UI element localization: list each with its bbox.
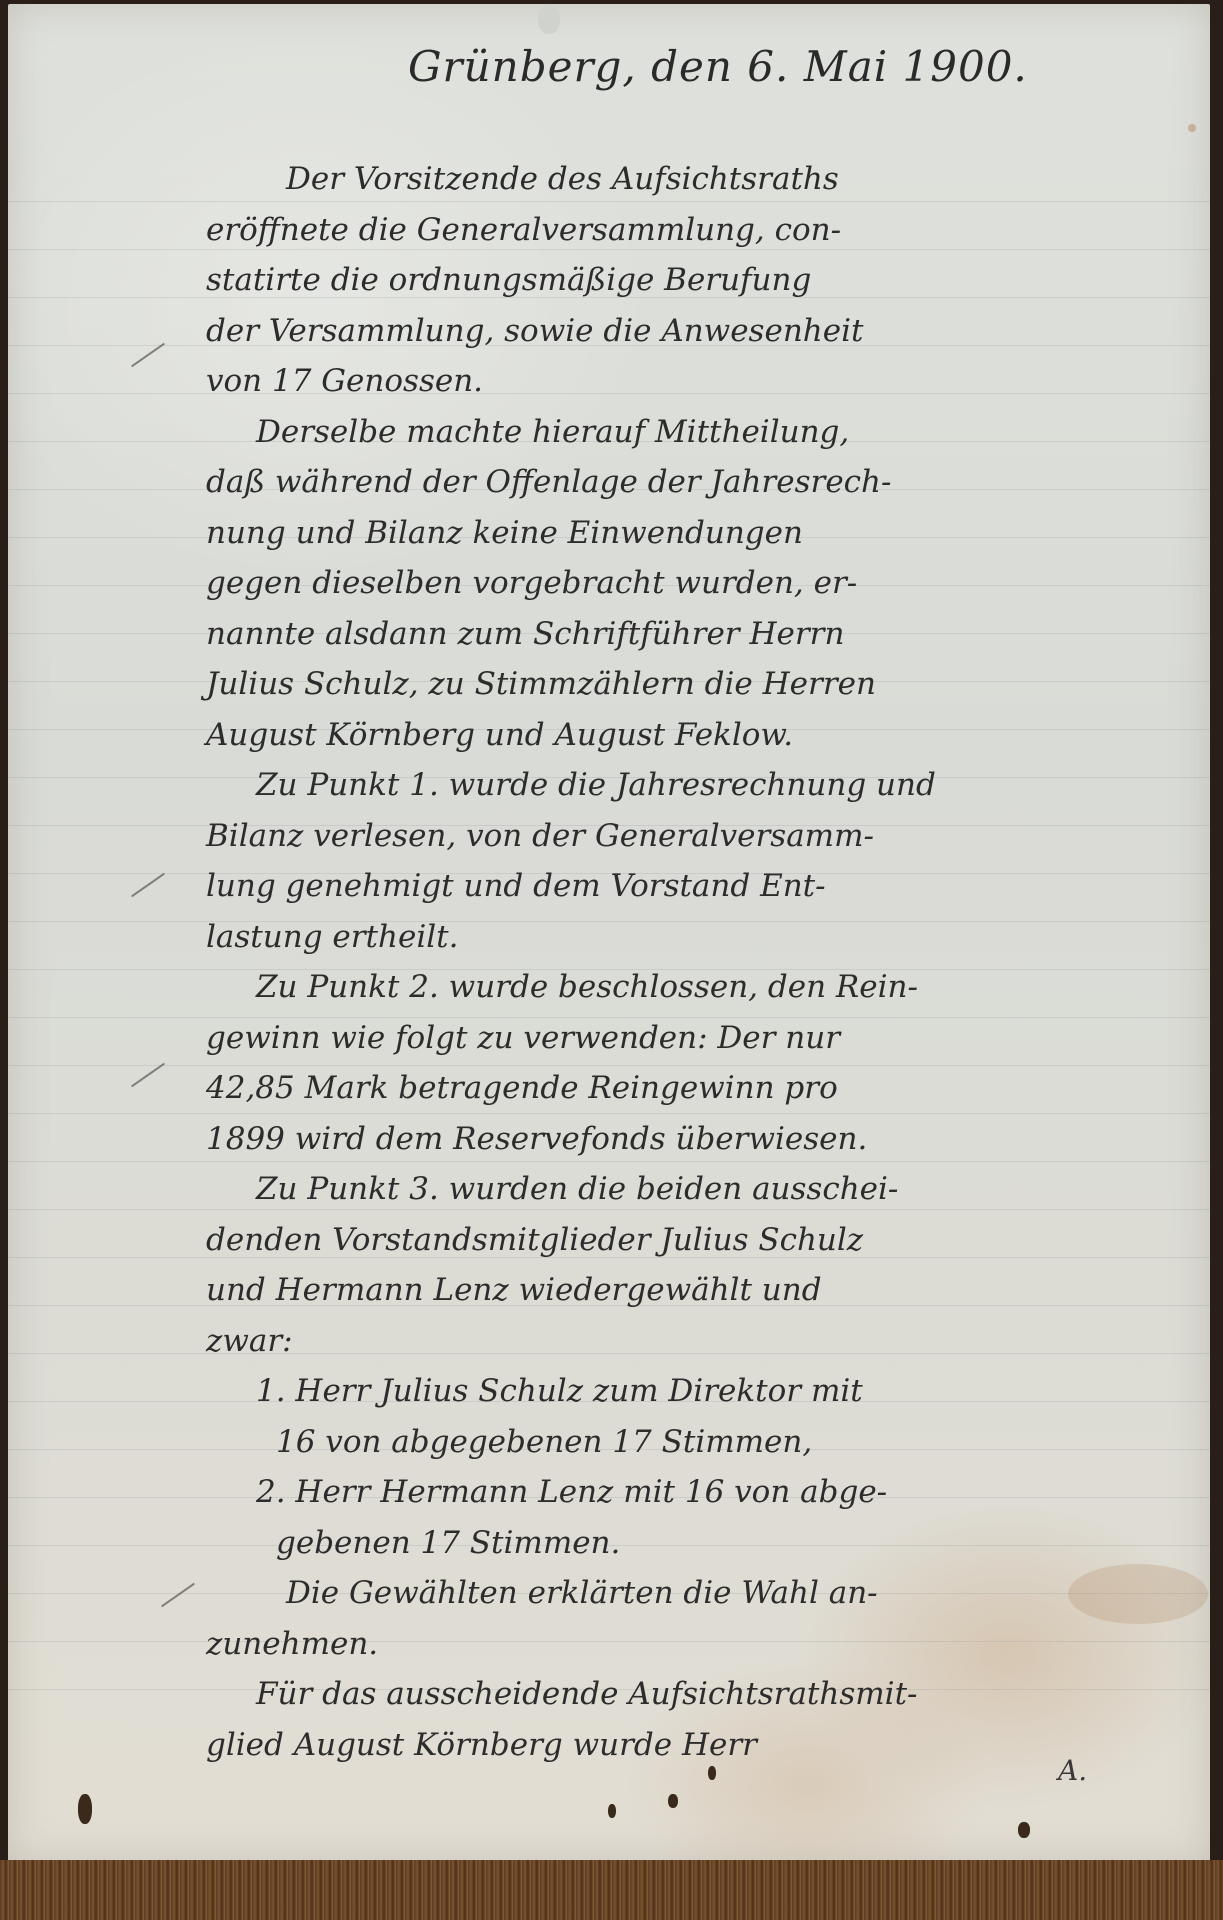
document-body: Der Vorsitzende des Aufsichtsraths eröff… — [206, 154, 1196, 1770]
paper-hole — [668, 1794, 678, 1808]
text-line: Derselbe machte hierauf Mittheilung, — [206, 407, 1196, 458]
text-line: gewinn wie folgt zu verwenden: Der nur — [206, 1013, 1196, 1064]
text-line: Der Vorsitzende des Aufsichtsraths — [206, 154, 1196, 205]
wooden-surface — [0, 1860, 1223, 1920]
text-line: zunehmen. — [206, 1619, 1196, 1670]
text-line: der Versammlung, sowie die Anwesenheit — [206, 306, 1196, 357]
text-line: denden Vorstandsmitglieder Julius Schulz — [206, 1215, 1196, 1266]
document-heading: Grünberg, den 6. Mai 1900. — [408, 42, 1028, 91]
paper-hole — [608, 1804, 616, 1818]
text-line: eröffnete die Generalversammlung, con- — [206, 205, 1196, 256]
text-line: Zu Punkt 2. wurde beschlossen, den Rein- — [206, 962, 1196, 1013]
text-line: lung genehmigt und dem Vorstand Ent- — [206, 861, 1196, 912]
list-item-continuation: gebenen 17 Stimmen. — [206, 1518, 1196, 1569]
text-line: Bilanz verlesen, von der Generalversamm- — [206, 811, 1196, 862]
trailing-fragment: A. — [1058, 1754, 1087, 1787]
document-page: Grünberg, den 6. Mai 1900. Der Vorsitzen… — [8, 4, 1210, 1864]
text-line: lastung ertheilt. — [206, 912, 1196, 963]
stain — [1188, 124, 1196, 132]
text-line: Die Gewählten erklärten die Wahl an- — [206, 1568, 1196, 1619]
list-item-continuation: 16 von abgegebenen 17 Stimmen, — [206, 1417, 1196, 1468]
text-line: nung und Bilanz keine Einwendungen — [206, 508, 1196, 559]
text-line: zwar: — [206, 1316, 1196, 1367]
text-line: Julius Schulz, zu Stimmzählern die Herre… — [206, 659, 1196, 710]
paper-hole — [78, 1794, 92, 1824]
text-line: Zu Punkt 3. wurden die beiden ausschei- — [206, 1164, 1196, 1215]
text-line: Zu Punkt 1. wurde die Jahresrechnung und — [206, 760, 1196, 811]
list-item: 1. Herr Julius Schulz zum Direktor mit — [206, 1366, 1196, 1417]
text-line: Für das ausscheidende Aufsichtsrathsmit- — [206, 1669, 1196, 1720]
text-line: 1899 wird dem Reservefonds überwiesen. — [206, 1114, 1196, 1165]
paper-hole — [1018, 1822, 1030, 1838]
text-line: glied August Körnberg wurde Herr — [206, 1720, 1196, 1771]
text-line: statirte die ordnungsmäßige Berufung — [206, 255, 1196, 306]
text-line: daß während der Offenlage der Jahresrech… — [206, 457, 1196, 508]
text-line: August Körnberg und August Feklow. — [206, 710, 1196, 761]
text-line: nannte alsdann zum Schriftführer Herrn — [206, 609, 1196, 660]
text-line: und Hermann Lenz wiedergewählt und — [206, 1265, 1196, 1316]
list-item: 2. Herr Hermann Lenz mit 16 von abge- — [206, 1467, 1196, 1518]
torn-edge — [538, 4, 560, 34]
text-line: 42,85 Mark betragende Reingewinn pro — [206, 1063, 1196, 1114]
text-line: gegen dieselben vorgebracht wurden, er- — [206, 558, 1196, 609]
text-line: von 17 Genossen. — [206, 356, 1196, 407]
